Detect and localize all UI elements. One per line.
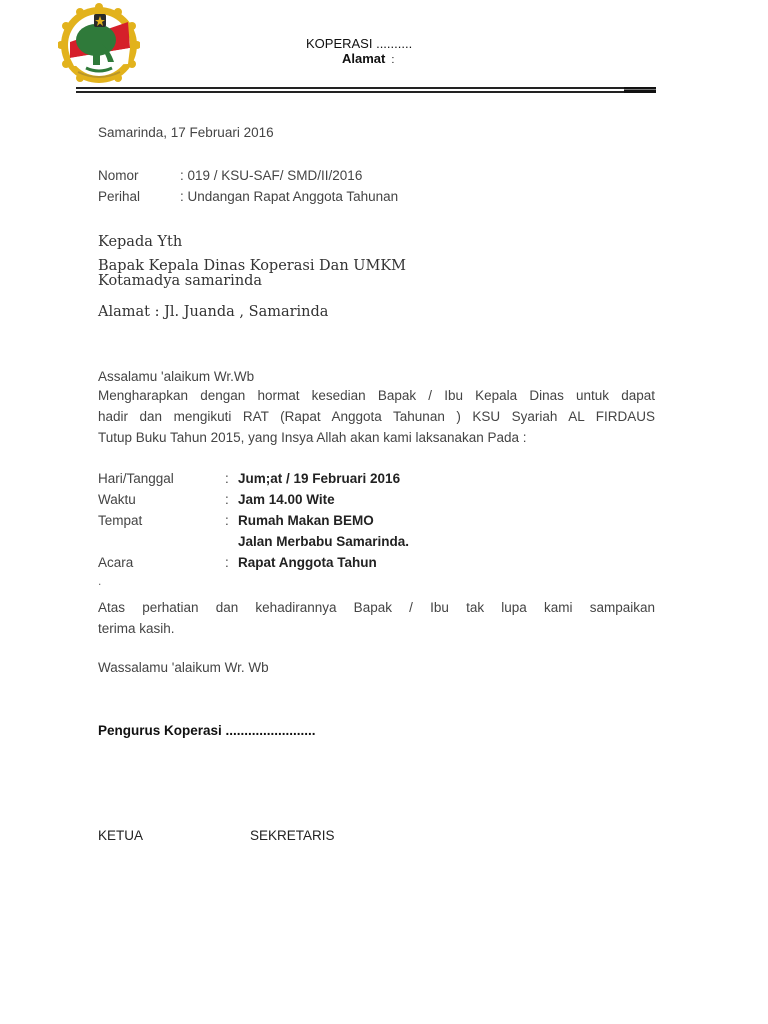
recipient-salutation: Kepada Yth (98, 234, 182, 250)
farewell: Wassalamu 'alaikum Wr. Wb (98, 660, 269, 675)
detail-colon: : (225, 492, 229, 507)
body-paragraph: Mengharapkan dengan hormat kesedian Bapa… (98, 385, 655, 448)
body-line: Mengharapkan dengan hormat kesedian Bapa… (98, 385, 655, 406)
detail-value-time: Jam 14.00 Wite (238, 492, 335, 507)
detail-label-place: Tempat (98, 513, 142, 528)
meta-label-perihal: Perihal (98, 189, 140, 204)
detail-value-street: Jalan Merbabu Samarinda. (238, 534, 409, 549)
koperasi-logo-icon (58, 2, 140, 84)
meta-value-nomor: : 019 / KSU-SAF/ SMD/II/2016 (180, 168, 362, 183)
detail-value-date: Jum;at / 19 Februari 2016 (238, 471, 400, 486)
body-line: hadir dan mengikuti RAT (Rapat Anggota T… (98, 406, 655, 427)
organization-name: KOPERASI .......... (306, 36, 412, 51)
detail-label-event: Acara (98, 555, 133, 570)
greeting: Assalamu 'alaikum Wr.Wb (98, 366, 655, 387)
recipient-address: Alamat : Jl. Juanda , Samarinda (98, 304, 328, 320)
signature-committee: Pengurus Koperasi ......................… (98, 723, 316, 738)
body-line: Tutup Buku Tahun 2015, yang Insya Allah … (98, 427, 655, 448)
letter-date: Samarinda, 17 Februari 2016 (98, 125, 274, 140)
detail-label-date: Hari/Tanggal (98, 471, 174, 486)
letterhead-divider (76, 87, 656, 95)
stray-dot: . (98, 574, 101, 588)
detail-value-place: Rumah Makan BEMO (238, 513, 374, 528)
address-label: Alamat (342, 51, 385, 66)
detail-colon: : (225, 513, 229, 528)
signature-secretary: SEKRETARIS (250, 828, 335, 843)
detail-label-time: Waktu (98, 492, 136, 507)
closing-line: Atas perhatian dan kehadirannya Bapak / … (98, 597, 655, 618)
meta-label-nomor: Nomor (98, 168, 139, 183)
closing-paragraph: Atas perhatian dan kehadirannya Bapak / … (98, 597, 655, 639)
address-colon: : (391, 54, 394, 66)
recipient-name: Bapak Kepala Dinas Koperasi Dan UMKM (98, 258, 406, 274)
closing-line: terima kasih. (98, 618, 655, 639)
signature-chair: KETUA (98, 828, 143, 843)
detail-colon: : (225, 555, 229, 570)
detail-colon: : (225, 471, 229, 486)
organization-address: Alamat: (342, 51, 394, 66)
koperasi-emblem-icon (58, 2, 140, 84)
recipient-city: Kotamadya samarinda (98, 273, 262, 289)
detail-value-event: Rapat Anggota Tahun (238, 555, 377, 570)
meta-value-perihal: : Undangan Rapat Anggota Tahunan (180, 189, 398, 204)
